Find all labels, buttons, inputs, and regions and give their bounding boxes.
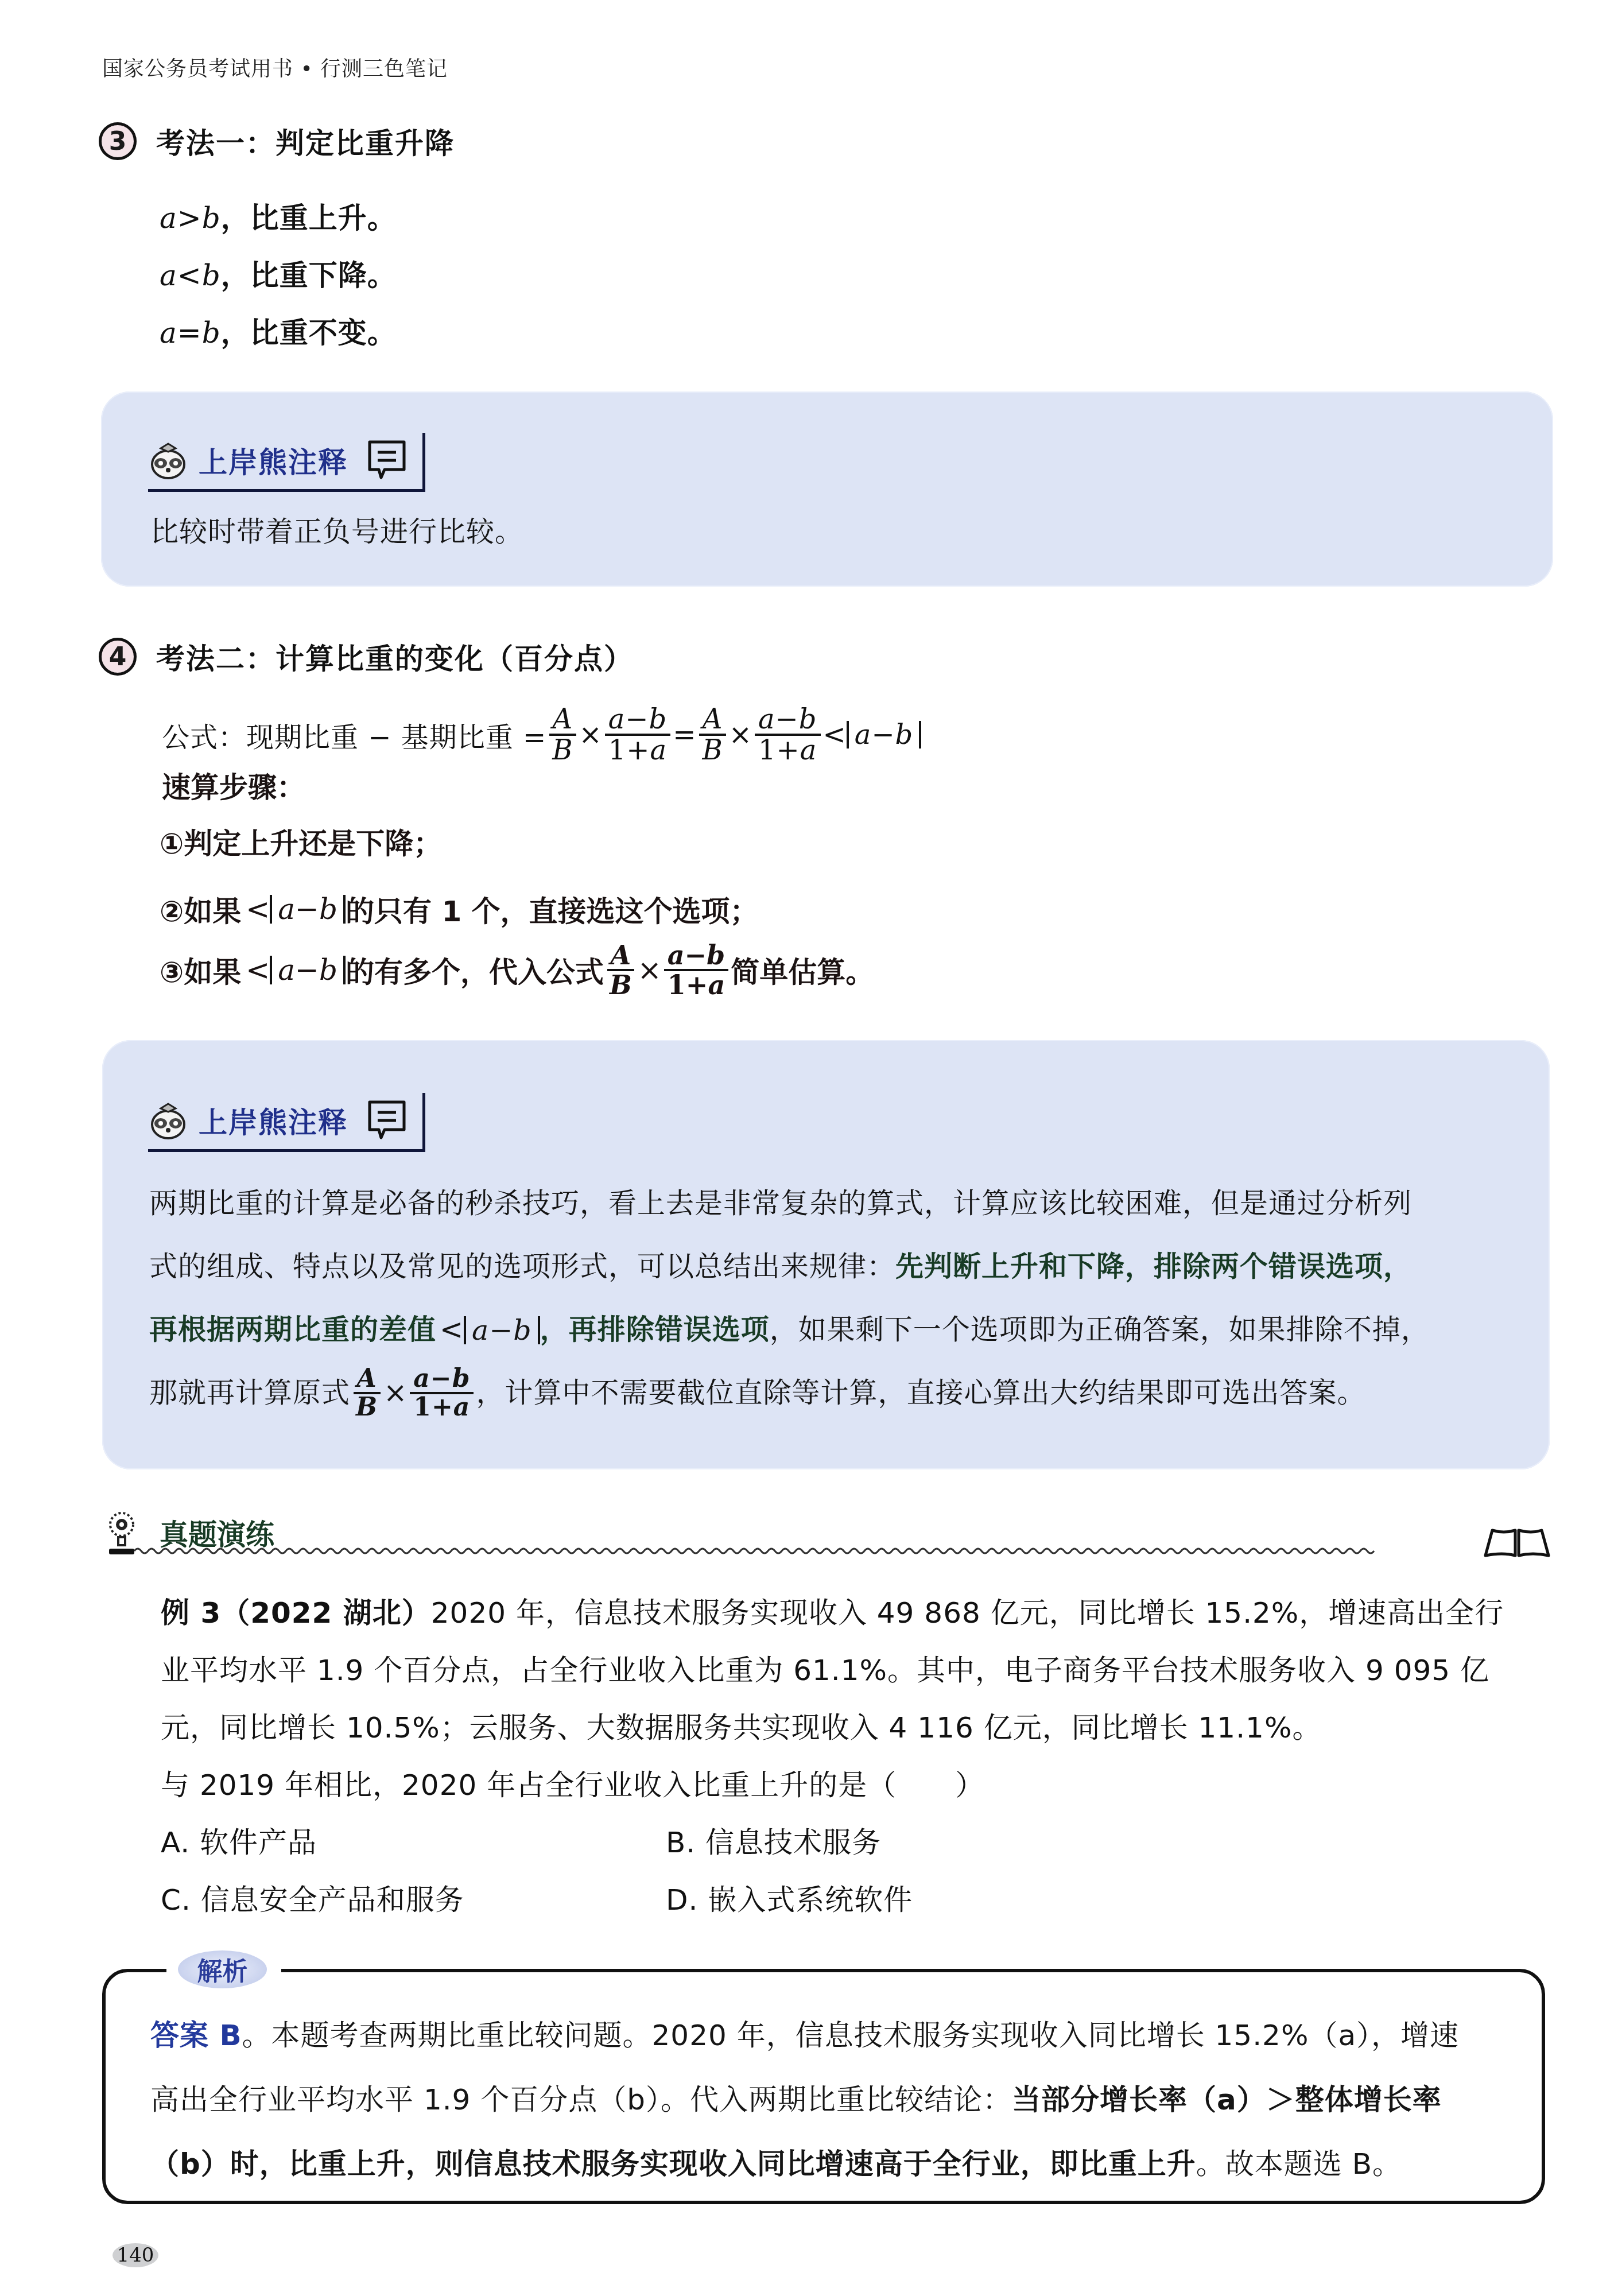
note-text-plain: 那就再计算原式 (149, 1362, 350, 1425)
frac-num: A (549, 705, 577, 736)
frac-num: A (699, 705, 727, 736)
note-line: 式的组成、特点以及常见的选项形式，可以总结出来规律：先判断上升和下降，排除两个错… (149, 1235, 1515, 1298)
rule-result: ，比重上升。 (221, 201, 397, 235)
fraction-a-b-over-1-plus-a: a−b1+a (755, 705, 821, 765)
question-text: 2020 年，信息技术服务实现收入 49 868 亿元，同比增长 15.2%，增… (431, 1596, 1504, 1630)
practice-header: 真题演练 (108, 1510, 1554, 1561)
fraction-a-b-over-1-plus-a: a−b1+a (664, 941, 729, 999)
note-line: 那就再计算原式 AB × a−b1+a ，计算中不需要截位直除等计算，直接心算出… (149, 1362, 1515, 1425)
times-sign: × (638, 953, 662, 987)
fraction-A-over-B: AB (699, 705, 727, 765)
note-body: 比较时带着正负号进行比较。 (150, 501, 523, 564)
note-title-frame: 上岸熊注释 (148, 1097, 425, 1152)
absolute-value-a-minus-b: a−b (270, 956, 346, 984)
formula-line: 公式：现期比重 − 基期比重 = AB × a−b1+a = AB × a−b1… (162, 705, 921, 765)
formula-label: 公式：现期比重 − 基期比重 = (162, 715, 546, 755)
note-box-2: 上岸熊注释 两期比重的计算是必备的秒杀技巧，看上去是非常复杂的算式，计算应该比较… (102, 1040, 1550, 1469)
section-4-title: 考法二：计算比重的变化（百分点） (156, 636, 634, 677)
frac-num: a−b (605, 705, 671, 736)
less-than-sign: < (823, 719, 847, 751)
analysis-line: 答案 B。本题考查两期比重比较问题。2020 年，信息技术服务实现收入同比增长 … (150, 2003, 1528, 2068)
rule-list: a>b，比重上升。 a<b，比重下降。 a=b，比重不变。 (160, 189, 397, 362)
note-text-highlight: 先判断上升和下降，排除两个错误选项， (895, 1250, 1412, 1283)
absolute-value-a-minus-b: a−b (270, 895, 346, 924)
fraction-a-b-over-1-plus-a: a−b1+a (410, 1366, 474, 1421)
analysis-text-emphasis: 当部分增长率（a）＞整体增长率 (1012, 2083, 1442, 2116)
options-row: C. 信息安全产品和服务 D. 嵌入式系统软件 (161, 1871, 1538, 1929)
analysis-text: 答案 B。本题考查两期比重比较问题。2020 年，信息技术服务实现收入同比增长 … (150, 2003, 1528, 2196)
analysis-text-plain: 高出全行业平均水平 1.9 个百分点（b）。代入两期比重比较结论： (150, 2083, 1012, 2116)
frac-num: a−b (410, 1366, 474, 1394)
step-3: ③如果 < a−b 的有多个，代入公式 AB × a−b1+a 简单估算。 (160, 941, 874, 999)
note-title: 上岸熊注释 (199, 1100, 348, 1141)
note-text-plain: 式的组成、特点以及常见的选项形式，可以总结出来规律： (149, 1250, 895, 1283)
step-2-prefix: ②如果 (160, 889, 241, 930)
note-text-plain: ，计算中不需要截位直除等计算，直接心算出大约结果即可选出答案。 (476, 1362, 1365, 1425)
frac-num: a−b (664, 941, 729, 971)
times-sign: × (383, 1362, 408, 1425)
frac-den-var: a (650, 734, 668, 766)
open-book-icon (1480, 1526, 1554, 1560)
step-3-suffix: 简单估算。 (731, 949, 874, 991)
absolute-value-a-minus-b: a−b (464, 1316, 540, 1344)
fraction-a-b-over-1-plus-a: a−b1+a (605, 705, 671, 765)
frac-den: B (352, 1394, 381, 1421)
analysis-text-emphasis: （b）时，比重上升，则信息技术服务实现收入同比增速高于全行业，即比重上升 (150, 2147, 1196, 2181)
times-sign: × (729, 719, 752, 751)
frac-den-const: 1+ (668, 969, 708, 1000)
frac-den: 1+a (605, 736, 670, 765)
less-than-sign: < (246, 953, 270, 987)
rule-condition: a=b (160, 316, 221, 350)
speech-bubble-icon (365, 437, 411, 483)
fraction-A-over-B: AB (352, 1366, 381, 1421)
note-body: 两期比重的计算是必备的秒杀技巧，看上去是非常复杂的算式，计算应该比较困难，但是通… (149, 1172, 1515, 1425)
frac-den-var: a (708, 969, 725, 1000)
frac-den-const: 1+ (608, 734, 650, 766)
circled-number-4: 4 (99, 638, 137, 676)
frac-num: a−b (755, 705, 821, 736)
step-3-prefix: ③如果 (160, 949, 241, 991)
times-sign: × (579, 719, 603, 751)
rule-result: ，比重下降。 (221, 259, 397, 292)
option-a[interactable]: A. 软件产品 (161, 1814, 666, 1871)
section-4-heading: 4 考法二：计算比重的变化（百分点） (99, 636, 634, 677)
section-3-title: 考法一：判定比重升降 (156, 121, 455, 162)
analysis-badge: 解析 (178, 1950, 267, 1988)
note-text-plain: ，如果剩下一个选项即为正确答案，如果排除不掉， (770, 1298, 1430, 1362)
step-1: ①判定上升还是下降； (160, 821, 442, 862)
note-box-1: 上岸熊注释 比较时带着正负号进行比较。 (101, 391, 1553, 587)
frac-num: A (607, 941, 635, 971)
question-line: 元，同比增长 10.5%；云服务、大数据服务共实现收入 4 116 亿元，同比增… (161, 1699, 1538, 1756)
frac-num: A (354, 1366, 381, 1394)
bear-mascot-icon (148, 1100, 188, 1141)
wavy-divider (134, 1544, 1512, 1558)
absolute-value-a-minus-b: a−b (847, 721, 922, 748)
note-line: 再根据两期比重的差值 < a−b ，再排除错误选项 ，如果剩下一个选项即为正确答… (149, 1298, 1515, 1362)
steps-label: 速算步骤： (162, 765, 305, 806)
note-line: 两期比重的计算是必备的秒杀技巧，看上去是非常复杂的算式，计算应该比较困难，但是通… (149, 1172, 1515, 1235)
analysis-text-plain: 。本题考查两期比重比较问题。2020 年，信息技术服务实现收入同比增长 15.2… (242, 2019, 1460, 2052)
rule-item: a=b，比重不变。 (160, 304, 397, 362)
less-than-sign: < (246, 893, 270, 926)
frac-den: 1+a (410, 1394, 474, 1421)
fraction-A-over-B: AB (606, 941, 635, 999)
option-d[interactable]: D. 嵌入式系统软件 (666, 1871, 913, 1929)
frac-den-var: a (453, 1393, 471, 1422)
frac-den: B (699, 736, 727, 765)
question-line: 业平均水平 1.9 个百分点，占全行业收入比重为 61.1%。其中，电子商务平台… (161, 1642, 1538, 1699)
lightbulb-icon (108, 1510, 137, 1561)
rule-condition: a<b (160, 259, 221, 292)
frac-den-const: 1+ (758, 734, 800, 766)
options-row: A. 软件产品 B. 信息技术服务 (161, 1814, 1538, 1871)
analysis-line: 高出全行业平均水平 1.9 个百分点（b）。代入两期比重比较结论：当部分增长率（… (150, 2068, 1528, 2132)
note-title: 上岸熊注释 (199, 440, 348, 481)
rule-item: a>b，比重上升。 (160, 189, 397, 247)
note-header: 上岸熊注释 (148, 437, 425, 492)
speech-bubble-icon (365, 1097, 411, 1143)
step-2-suffix: 的只有 1 个，直接选这个选项； (346, 889, 759, 930)
rule-condition: a>b (160, 201, 221, 235)
analysis-line: （b）时，比重上升，则信息技术服务实现收入同比增速高于全行业，即比重上升。故本题… (150, 2132, 1528, 2196)
frac-den: 1+a (755, 736, 820, 765)
rule-item: a<b，比重下降。 (160, 247, 397, 304)
fraction-A-over-B: AB (549, 705, 576, 765)
frac-den-var: a (800, 734, 817, 766)
example-question: 例 3（2022 湖北）2020 年，信息技术服务实现收入 49 868 亿元，… (161, 1584, 1538, 1929)
bear-mascot-icon (148, 440, 188, 480)
page-number: 140 (112, 2243, 158, 2267)
less-than-sign: < (440, 1298, 464, 1362)
option-c[interactable]: C. 信息安全产品和服务 (161, 1871, 666, 1929)
question-line: 例 3（2022 湖北）2020 年，信息技术服务实现收入 49 868 亿元，… (161, 1584, 1538, 1642)
rule-result: ，比重不变。 (221, 316, 397, 350)
analysis-text-plain: 。故本题选 B。 (1196, 2147, 1402, 2181)
note-text-highlight: ，再排除错误选项 (540, 1298, 770, 1362)
option-b[interactable]: B. 信息技术服务 (666, 1814, 881, 1871)
frac-den-const: 1+ (413, 1393, 453, 1422)
frac-den: B (549, 736, 576, 765)
question-prompt: 与 2019 年相比，2020 年占全行业收入比重上升的是（ ） (161, 1756, 1538, 1814)
circled-number-3: 3 (99, 122, 137, 160)
section-3-heading: 3 考法一：判定比重升降 (99, 121, 455, 162)
step-3-middle: 的有多个，代入公式 (346, 949, 604, 991)
frac-den: B (606, 971, 635, 999)
answer-label: 答案 B (150, 2019, 242, 2052)
note-header: 上岸熊注释 (148, 1097, 425, 1152)
equals-sign: = (673, 719, 696, 751)
step-2: ②如果 < a−b 的只有 1 个，直接选这个选项； (160, 889, 759, 930)
frac-den: 1+a (664, 971, 728, 999)
note-title-frame: 上岸熊注释 (148, 437, 425, 492)
example-label: 例 3（2022 湖北） (161, 1596, 431, 1630)
note-text-highlight: 再根据两期比重的差值 (149, 1298, 436, 1362)
running-header: 国家公务员考试用书 • 行测三色笔记 (102, 53, 448, 82)
